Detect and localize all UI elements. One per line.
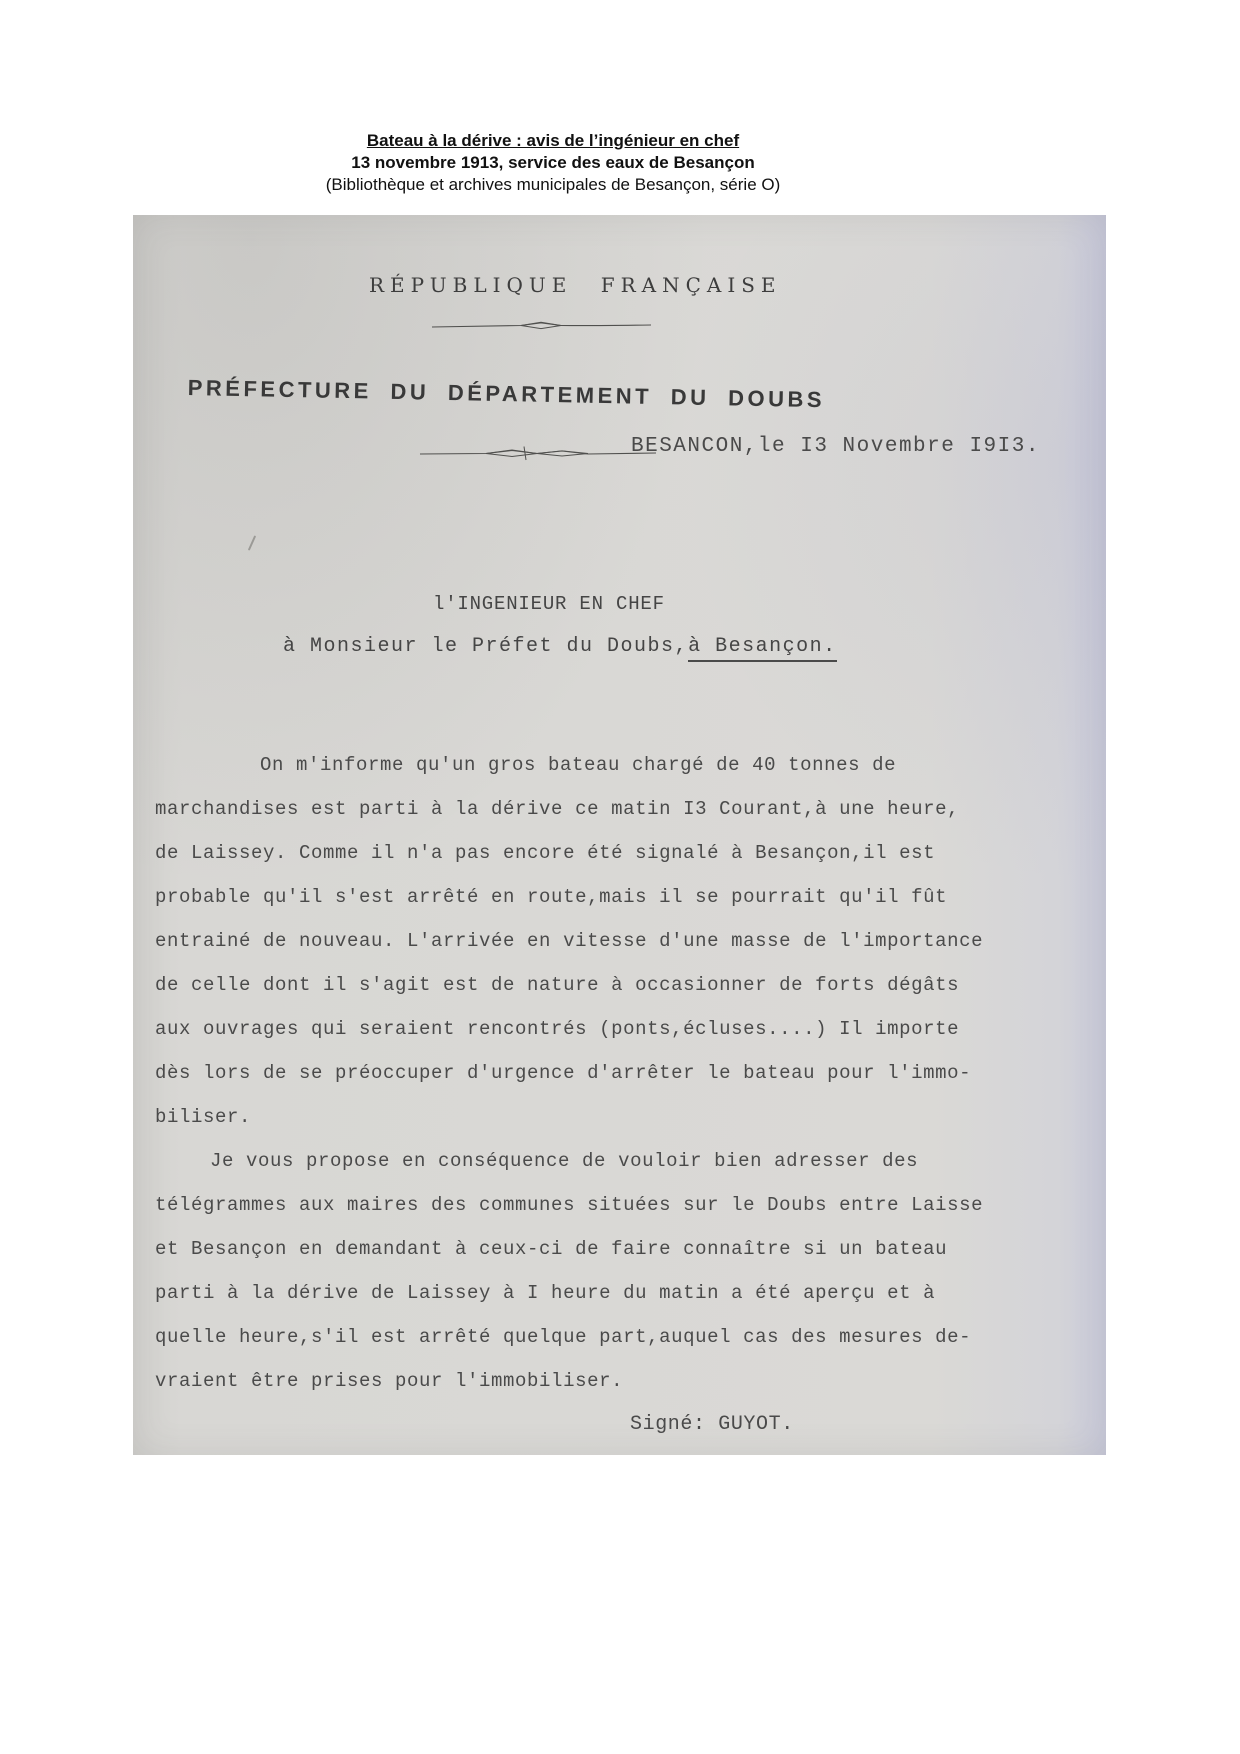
caption-title: Bateau à la dérive : avis de l’ingénieur… bbox=[0, 130, 1106, 152]
caption: Bateau à la dérive : avis de l’ingénieur… bbox=[0, 130, 1106, 196]
typescript-line: de Laissey. Comme il n'a pas encore été … bbox=[155, 831, 1100, 875]
addressee-line: à Monsieur le Préfet du Doubs,à Besançon… bbox=[283, 635, 837, 658]
caption-source: (Bibliothèque et archives municipales de… bbox=[0, 174, 1106, 196]
ornamental-rule-icon bbox=[429, 319, 654, 333]
typescript-line: entrainé de nouveau. L'arrivée en vitess… bbox=[155, 919, 1100, 963]
typescript-line: probable qu'il s'est arrêté en route,mai… bbox=[155, 875, 1100, 919]
typescript-line: marchandises est parti à la dérive ce ma… bbox=[155, 787, 1100, 831]
typescript-line: et Besançon en demandant à ceux-ci de fa… bbox=[155, 1227, 1100, 1271]
dateline: BESANCON,le I3 Novembre I9I3. bbox=[631, 435, 1040, 458]
addressee-emphasis: à Besançon. bbox=[688, 635, 837, 662]
typescript-line: Je vous propose en conséquence de vouloi… bbox=[155, 1139, 1100, 1183]
typescript-line: télégrammes aux maires des communes situ… bbox=[155, 1183, 1100, 1227]
typescript-line: de celle dont il s'agit est de nature à … bbox=[155, 963, 1100, 1007]
typescript-line: dès lors de se préoccuper d'urgence d'ar… bbox=[155, 1051, 1100, 1095]
addressee-prefix: à Monsieur le Préfet du Doubs, bbox=[283, 635, 688, 658]
signature: Signé: GUYOT. bbox=[155, 1403, 1100, 1447]
ornamental-rule-icon bbox=[418, 444, 658, 462]
page: Bateau à la dérive : avis de l’ingénieur… bbox=[0, 0, 1240, 1754]
prefecture-heading: PRÉFECTURE DU DÉPARTEMENT DU DOUBS bbox=[188, 375, 826, 413]
sender-heading: l'INGENIEUR EN CHEF bbox=[433, 593, 665, 615]
typescript-line: vraient être prises pour l'immobiliser. bbox=[155, 1359, 1100, 1403]
typescript-line: parti à la dérive de Laissey à I heure d… bbox=[155, 1271, 1100, 1315]
typescript-line: biliser. bbox=[155, 1095, 1100, 1139]
typescript-line: quelle heure,s'il est arrêté quelque par… bbox=[155, 1315, 1100, 1359]
typescript-line: aux ouvrages qui seraient rencontrés (po… bbox=[155, 1007, 1100, 1051]
republique-heading: RÉPUBLIQUE FRANÇAISE bbox=[369, 273, 782, 297]
scanned-letter: RÉPUBLIQUE FRANÇAISE PRÉFECTURE DU DÉPAR… bbox=[133, 215, 1106, 1455]
typescript-line: On m'informe qu'un gros bateau chargé de… bbox=[155, 743, 1100, 787]
letter-body: On m'informe qu'un gros bateau chargé de… bbox=[155, 743, 1100, 1447]
caption-subtitle: 13 novembre 1913, service des eaux de Be… bbox=[0, 152, 1106, 174]
pencil-mark bbox=[248, 535, 256, 550]
